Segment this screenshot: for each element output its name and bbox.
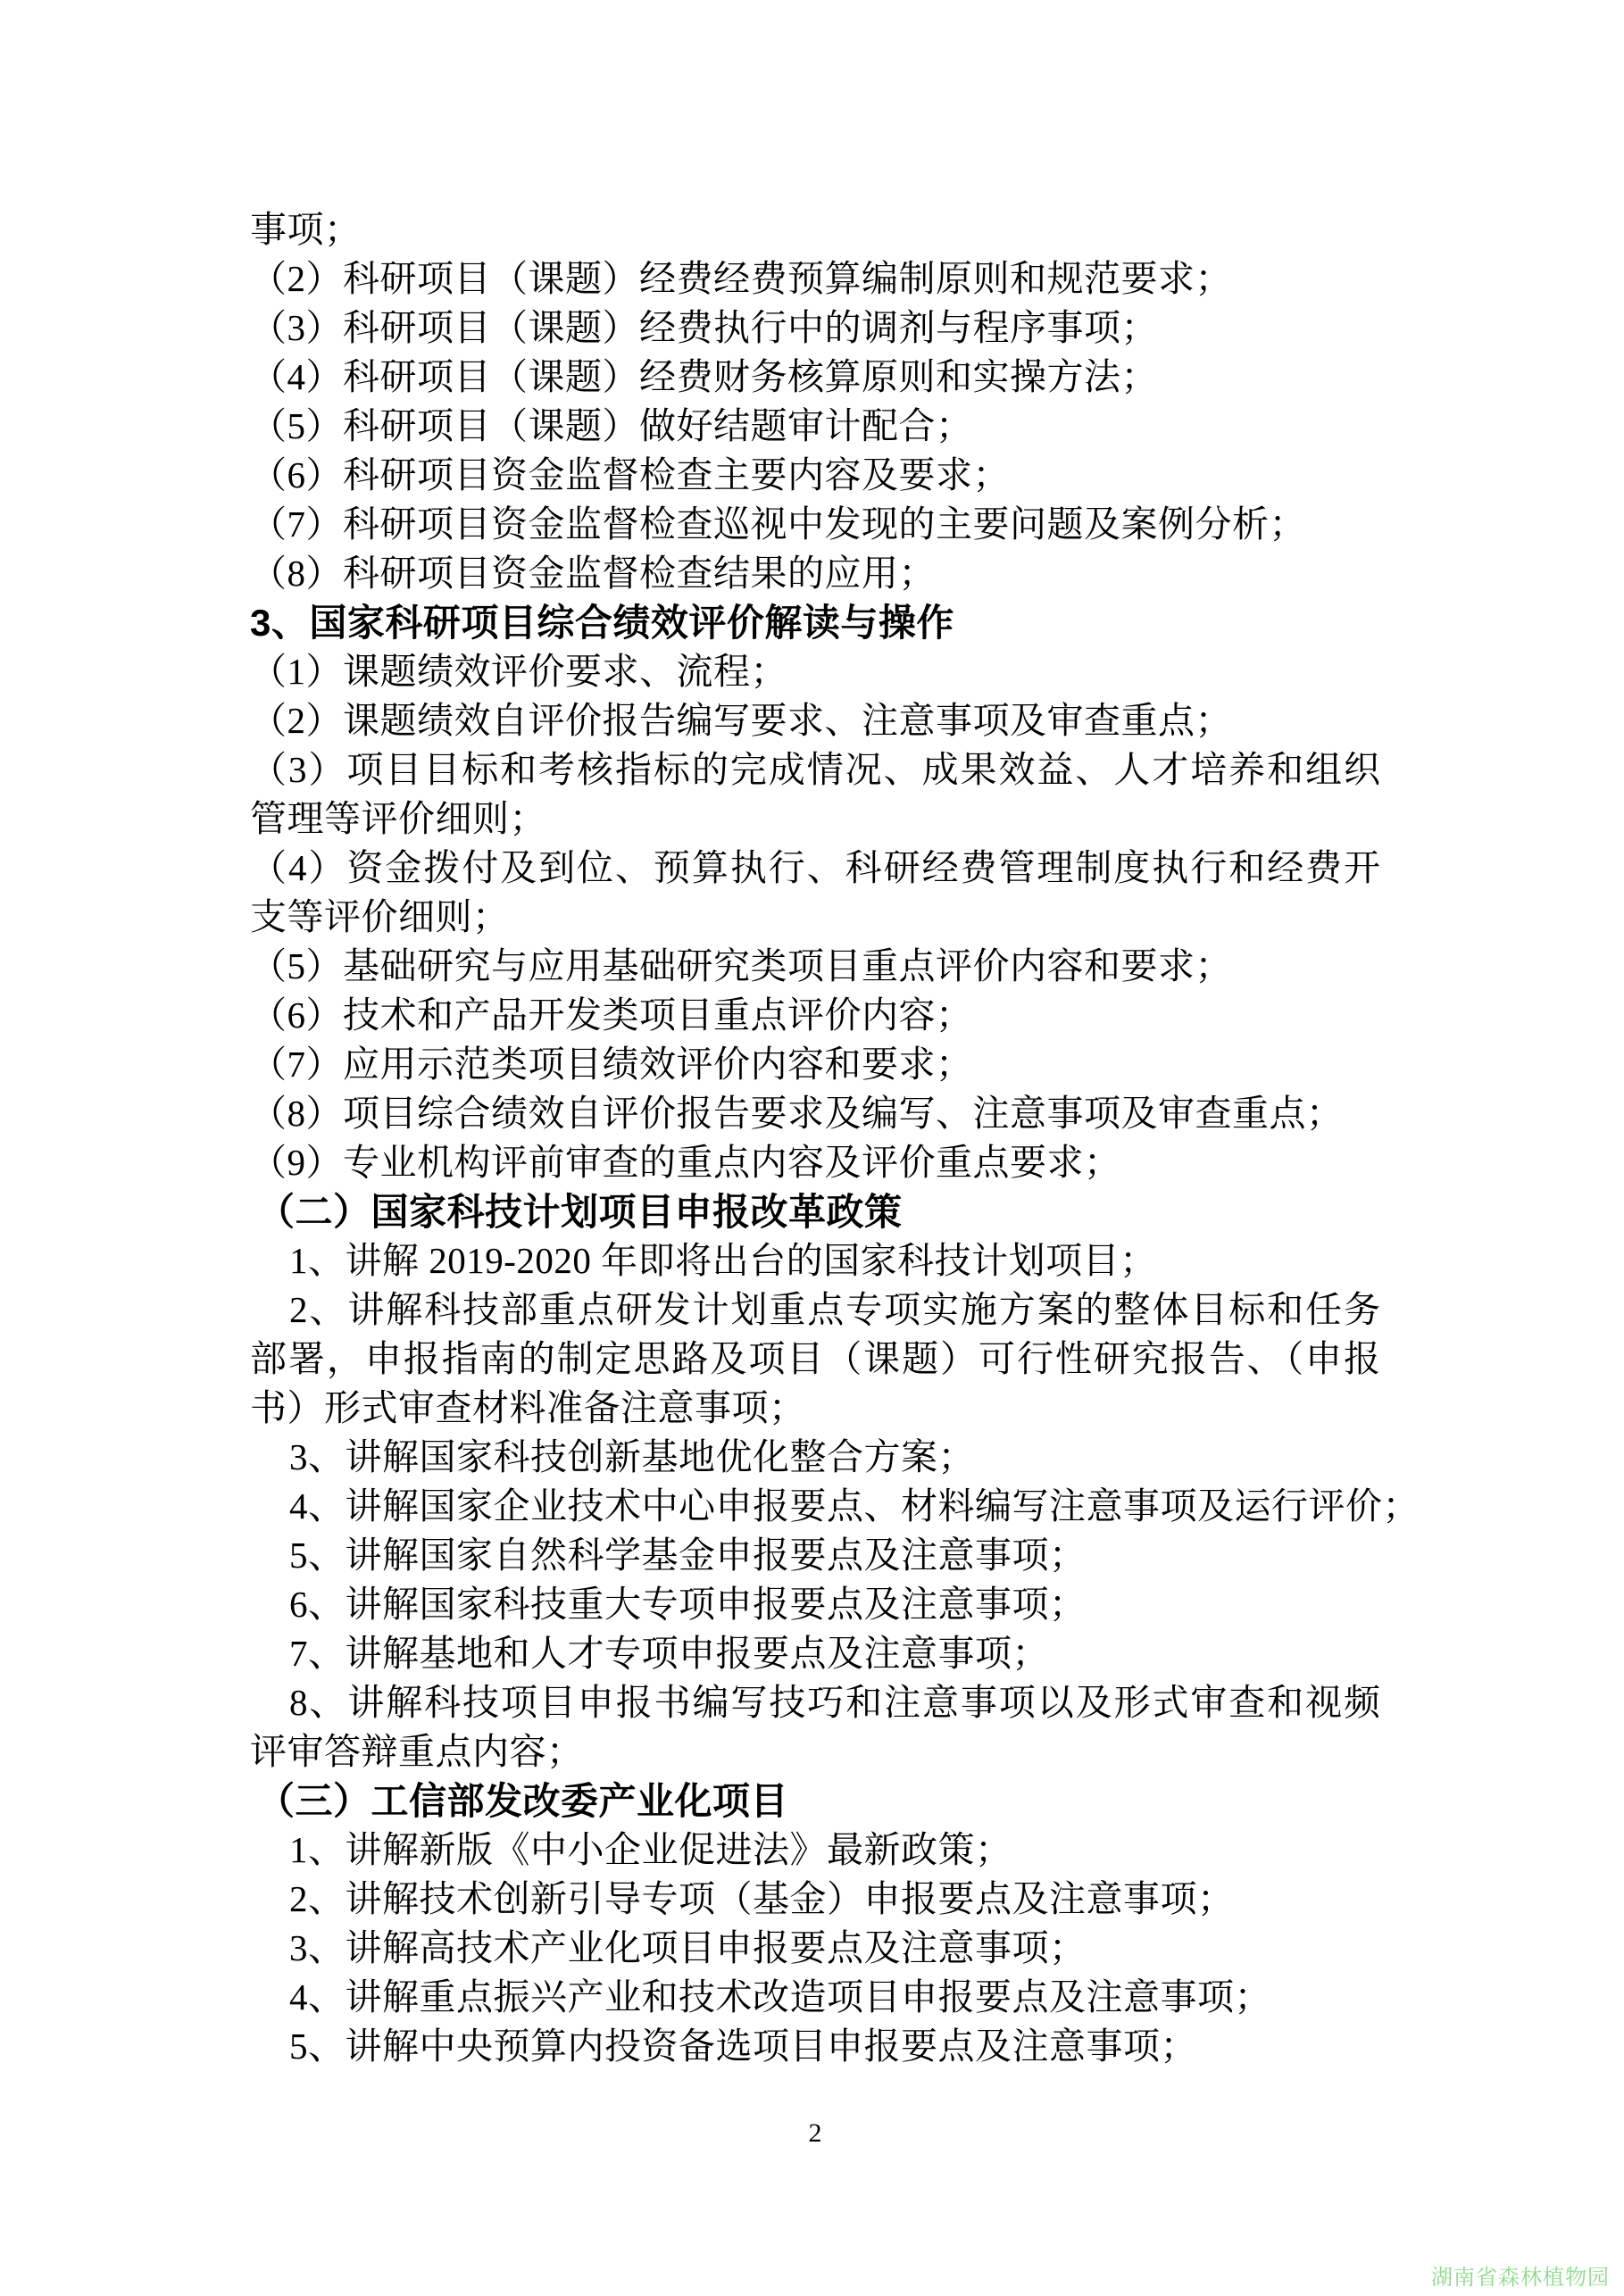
text-line-7: （7）科研项目资金监督检查巡视中发现的主要问题及案例分析； — [250, 500, 1380, 549]
text-line-23: 2、讲解科技部重点研发计划重点专项实施方案的整体目标和任务 — [250, 1285, 1380, 1335]
text-line-26: 3、讲解国家科技创新基地优化整合方案； — [250, 1433, 1380, 1482]
text-line-27: 4、讲解国家企业技术中心申报要点、材料编写注意事项及运行评价； — [250, 1482, 1380, 1531]
text-line-3: （3）科研项目（课题）经费执行中的调剂与程序事项； — [250, 304, 1380, 353]
text-line-11: （2）课题绩效自评价报告编写要求、注意事项及审查重点； — [250, 696, 1380, 745]
text-line-16: （5）基础研究与应用基础研究类项目重点评价内容和要求； — [250, 942, 1380, 991]
text-line-9: 3、国家科研项目综合绩效评价解读与操作 — [250, 598, 1380, 647]
text-line-19: （8）项目综合绩效自评价报告要求及编写、注意事项及审查重点； — [250, 1089, 1380, 1138]
text-line-31: 8、讲解科技项目申报书编写技巧和注意事项以及形式审查和视频 — [250, 1678, 1380, 1727]
text-line-10: （1）课题绩效评价要求、流程； — [250, 647, 1380, 696]
text-line-29: 6、讲解国家科技重大专项申报要点及注意事项； — [250, 1580, 1380, 1629]
text-line-32: 评审答辩重点内容； — [250, 1727, 1380, 1776]
text-line-18: （7）应用示范类项目绩效评价内容和要求； — [250, 1040, 1380, 1089]
text-line-6: （6）科研项目资金监督检查主要内容及要求； — [250, 451, 1380, 500]
text-line-22: 1、讲解 2019-2020 年即将出台的国家科技计划项目； — [250, 1236, 1380, 1285]
text-line-12: （3）项目目标和考核指标的完成情况、成果效益、人才培养和组织 — [250, 745, 1380, 794]
text-line-17: （6）技术和产品开发类项目重点评价内容； — [250, 991, 1380, 1040]
text-line-4: （4）科研项目（课题）经费财务核算原则和实操方法； — [250, 353, 1380, 402]
text-line-30: 7、讲解基地和人才专项申报要点及注意事项； — [250, 1629, 1380, 1678]
text-line-21: （二）国家科技计划项目申报改革政策 — [250, 1187, 1380, 1236]
text-line-8: （8）科研项目资金监督检查结果的应用； — [250, 549, 1380, 598]
text-line-2: （2）科研项目（课题）经费经费预算编制原则和规范要求； — [250, 254, 1380, 304]
text-line-35: 2、讲解技术创新引导专项（基金）申报要点及注意事项； — [250, 1875, 1380, 1924]
text-line-36: 3、讲解高技术产业化项目申报要点及注意事项； — [250, 1924, 1380, 1973]
document-body: 事项；（2）科研项目（课题）经费经费预算编制原则和规范要求；（3）科研项目（课题… — [250, 205, 1380, 2071]
text-line-1: 事项； — [250, 205, 1380, 254]
document-page: 事项；（2）科研项目（课题）经费经费预算编制原则和规范要求；（3）科研项目（课题… — [0, 0, 1624, 2296]
text-line-24: 部署，申报指南的制定思路及项目（课题）可行性研究报告、（申报 — [250, 1335, 1380, 1384]
text-line-15: 支等评价细则； — [250, 893, 1380, 942]
page-number: 2 — [250, 2117, 1380, 2150]
text-line-20: （9）专业机构评前审查的重点内容及评价重点要求； — [250, 1138, 1380, 1187]
text-line-37: 4、讲解重点振兴产业和技术改造项目申报要点及注意事项； — [250, 1973, 1380, 2022]
text-line-14: （4）资金拨付及到位、预算执行、科研经费管理制度执行和经费开 — [250, 844, 1380, 893]
text-line-33: （三）工信部发改委产业化项目 — [250, 1776, 1380, 1826]
text-line-5: （5）科研项目（课题）做好结题审计配合； — [250, 402, 1380, 451]
text-line-28: 5、讲解国家自然科学基金申报要点及注意事项； — [250, 1531, 1380, 1580]
text-line-38: 5、讲解中央预算内投资备选项目申报要点及注意事项； — [250, 2022, 1380, 2071]
text-line-25: 书）形式审查材料准备注意事项； — [250, 1384, 1380, 1433]
text-line-13: 管理等评价细则； — [250, 794, 1380, 844]
watermark-text: 湖南省森林植物园 — [1431, 2266, 1610, 2291]
text-line-34: 1、讲解新版《中小企业促进法》最新政策； — [250, 1826, 1380, 1875]
